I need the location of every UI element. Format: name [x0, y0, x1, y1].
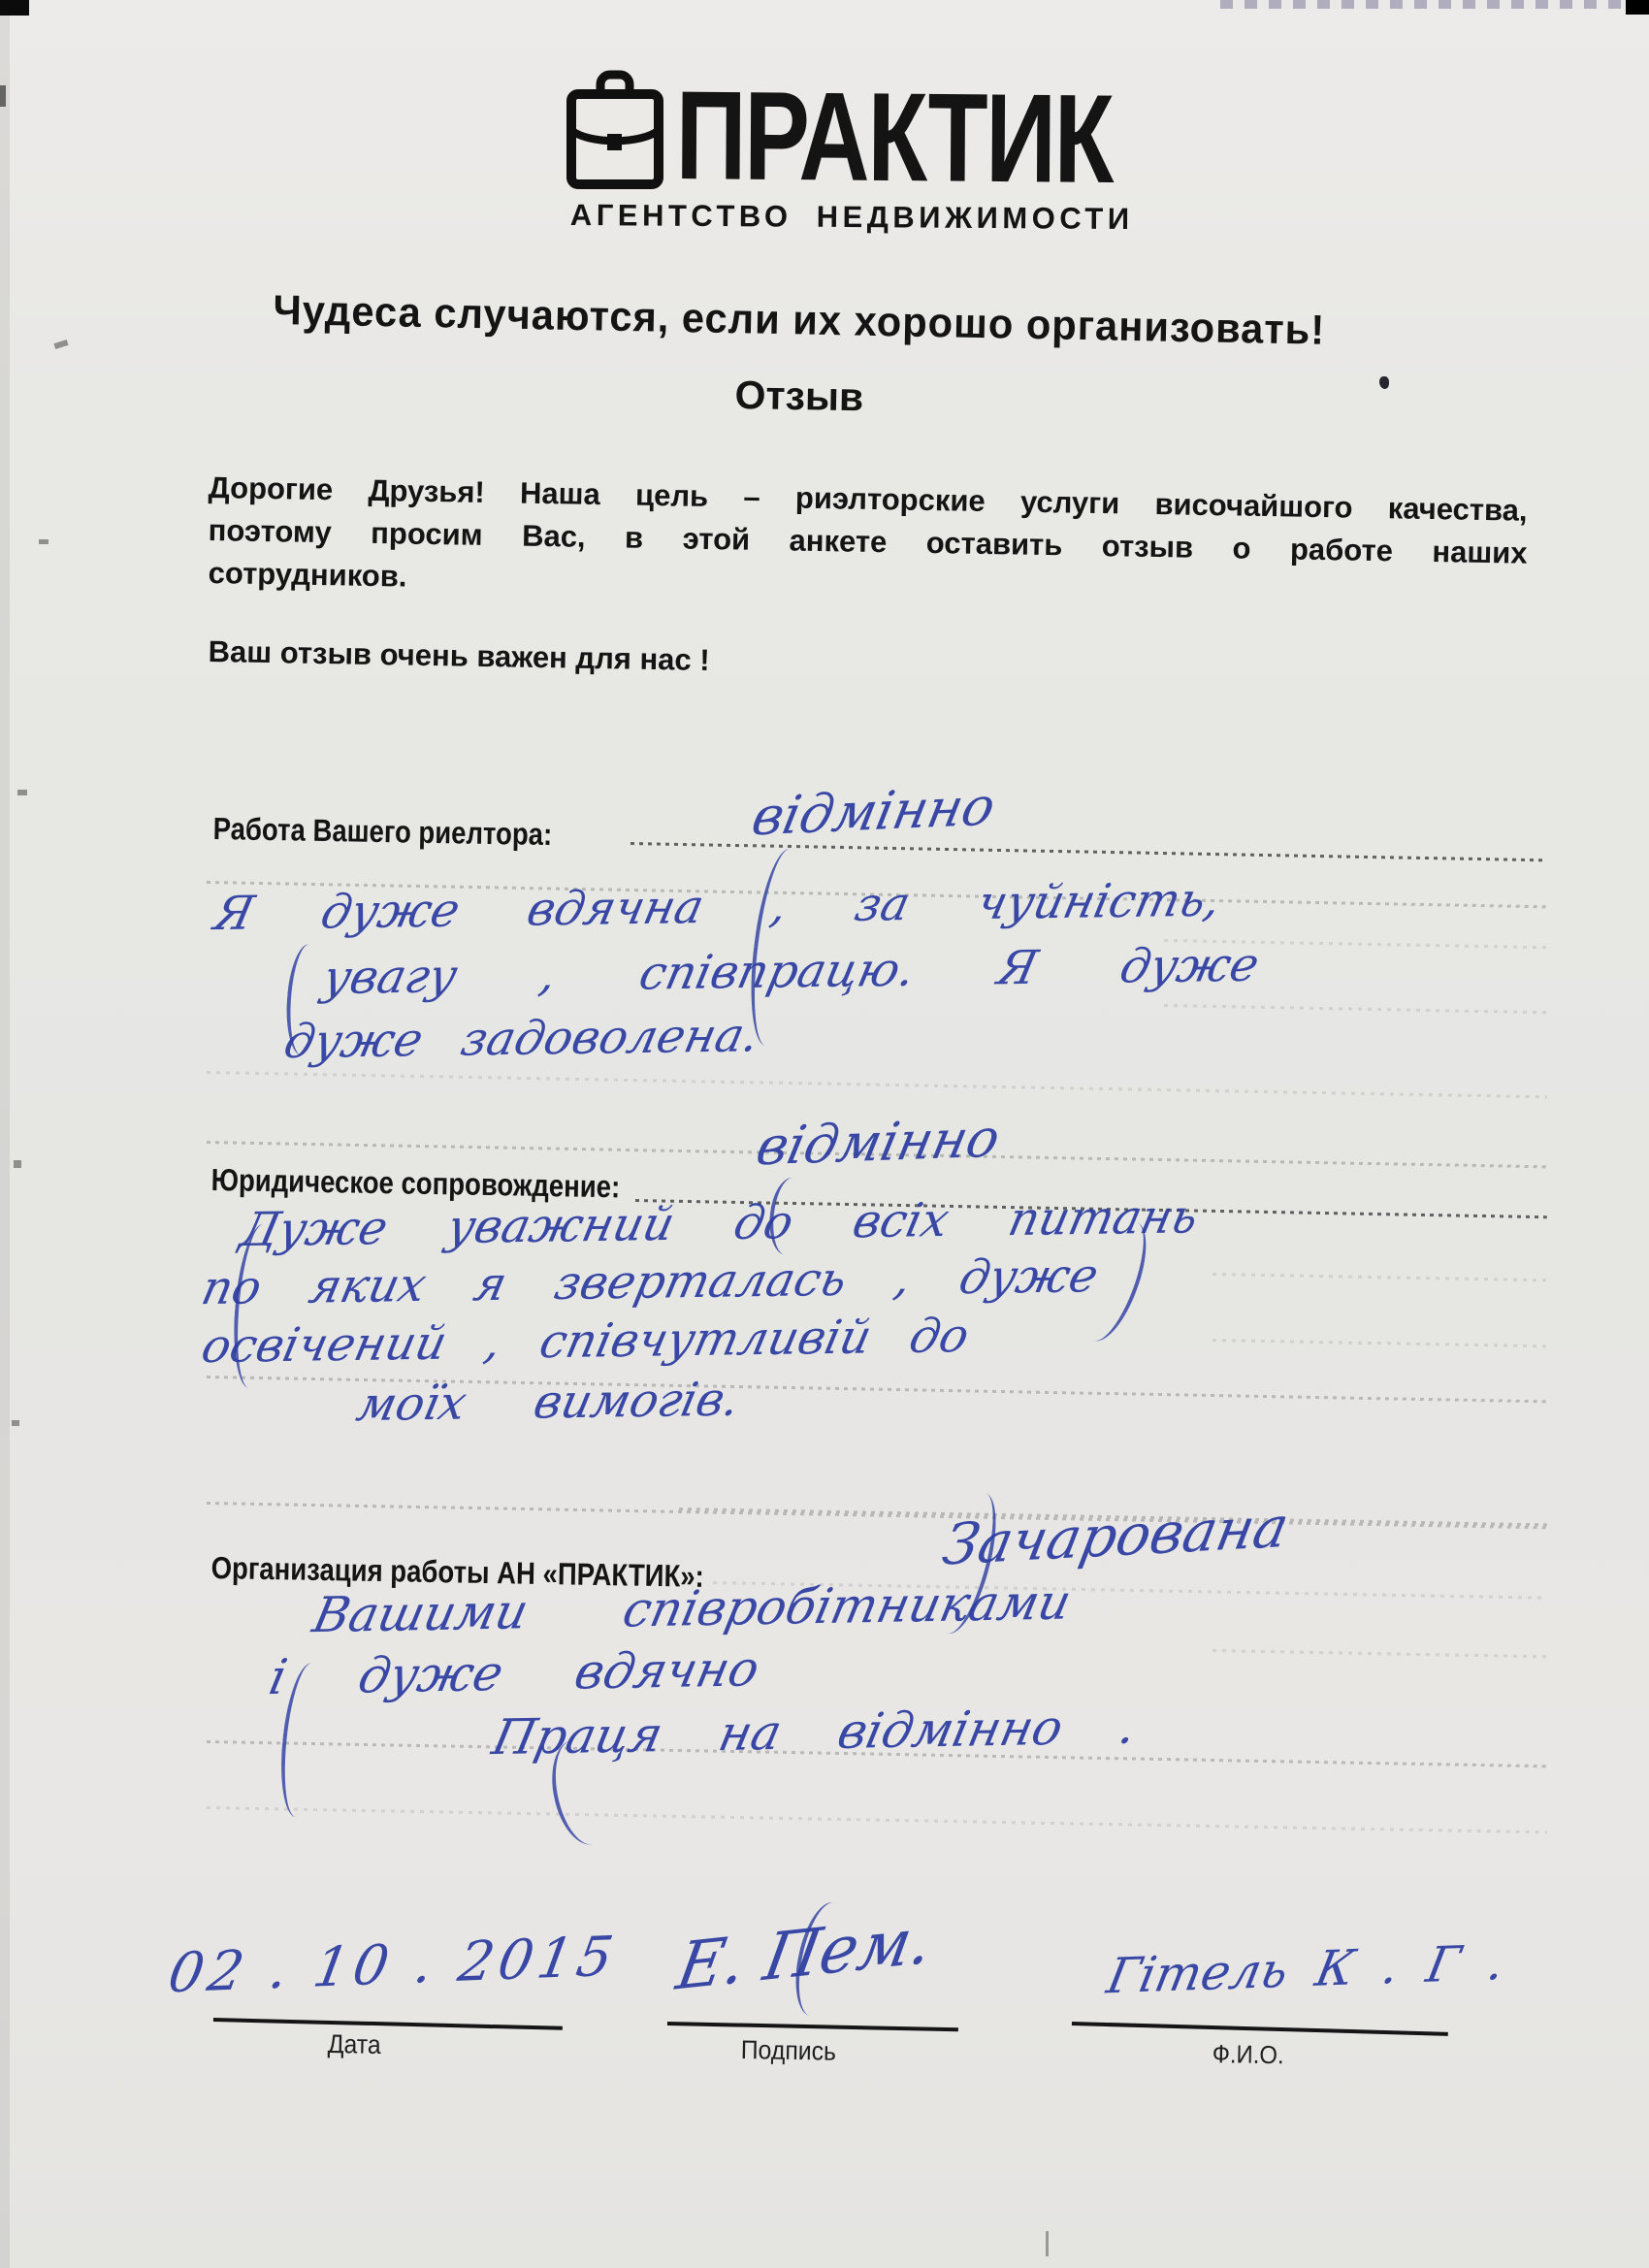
answer-ruled-line [207, 1071, 1547, 1098]
scan-artifact-left-mark [0, 85, 6, 107]
ink-dot [1379, 376, 1389, 389]
scan-speck [39, 539, 48, 544]
answer-ruled-line [207, 1502, 1547, 1529]
brand-name: ПРАКТИК [675, 72, 1112, 202]
answer-line-handwriting: моїх вимогів. [352, 1373, 745, 1433]
answer-ruled-line [1212, 1339, 1547, 1347]
answer-ruled-line [207, 1806, 1547, 1833]
name-label: Ф.И.О. [1212, 2039, 1283, 2070]
scan-corner-top-right [1626, 0, 1649, 15]
scan-streak-top-right [1220, 0, 1628, 9]
answer-line-handwriting: і дуже вдячно [265, 1640, 764, 1705]
scanned-feedback-form: ПРАКТИК АГЕНТСТВО НЕДВИЖИМОСТИ Чудеса сл… [0, 0, 1649, 2268]
rating-handwriting: відмінно [747, 775, 1000, 847]
name-handwriting: Гітель К . Г . [1103, 1934, 1509, 2005]
scan-speck [17, 790, 27, 795]
answer-line-handwriting: освічений , співчутливій до [197, 1309, 974, 1374]
scan-artifact-top-left [0, 0, 29, 16]
answer-line-handwriting: дуже задоволена. [279, 1008, 764, 1069]
date-handwriting: 02 . 10 . 2015 [164, 1925, 623, 2005]
agency-logo [566, 70, 663, 190]
signature-label: Подпись [740, 2035, 836, 2067]
date-line [213, 2018, 563, 2030]
brand-subtitle: АГЕНТСТВО НЕДВИЖИМОСТИ [570, 198, 1134, 237]
intro-line: сотрудников. [208, 558, 406, 593]
scan-speck [12, 1420, 19, 1426]
scan-speck [53, 340, 68, 349]
answer-line-handwriting: увагу , співпрацю. Я дуже [318, 938, 1264, 1006]
form-title: Отзыв [734, 373, 863, 420]
briefcase-icon [566, 70, 663, 190]
section-label-realtor: Работа Вашего риелтора: [212, 811, 552, 853]
scan-speck [14, 1160, 21, 1168]
answer-ruled-line [1212, 1273, 1547, 1281]
date-label: Дата [327, 2029, 381, 2060]
answer-ruled-line [1164, 1004, 1547, 1014]
answer-line-handwriting: по яких я зверталась , дуже [197, 1248, 1103, 1315]
scan-speck [1046, 2231, 1049, 2256]
signature-handwriting: Е. Пем. [671, 1902, 938, 2005]
rating-handwriting: відмінно [752, 1107, 1006, 1177]
importance-note: Ваш отзыв очень важен для нас ! [208, 634, 710, 678]
headline: Чудеса случаются, если их хорошо организ… [273, 287, 1326, 355]
answer-ruled-line [1212, 1649, 1547, 1658]
signature-line [667, 2022, 958, 2031]
left-edge-shadow [0, 0, 10, 2268]
name-line [1072, 2022, 1448, 2036]
